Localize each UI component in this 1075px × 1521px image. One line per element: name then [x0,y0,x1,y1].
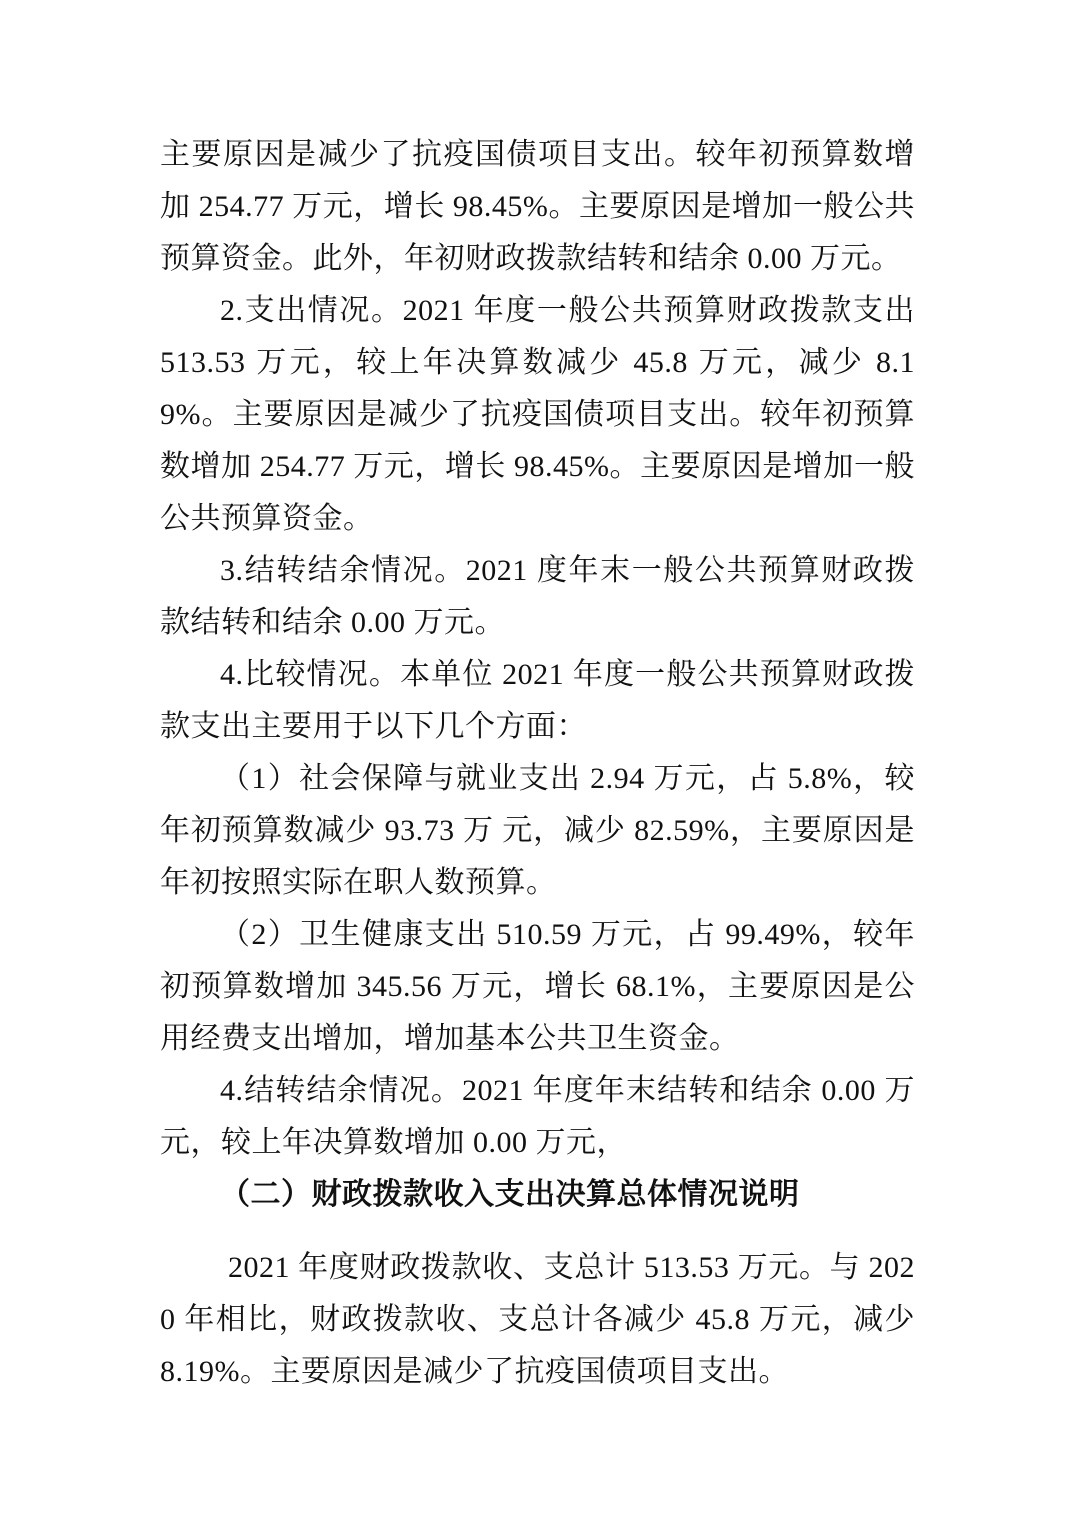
paragraph-carryover: 3.结转结余情况。2021 度年末一般公共预算财政拨款结转和结余 0.00 万元… [160,545,915,649]
paragraph-expenditure: 2.支出情况。2021 年度一般公共预算财政拨款支出 513.53 万元，较上年… [160,285,915,545]
paragraph-total-summary: 2021 年度财政拨款收、支总计 513.53 万元。与 2020 年相比，财政… [160,1242,915,1398]
section-heading: （二）财政拨款收入支出决算总体情况说明 [160,1169,915,1221]
paragraph-comparison-intro: 4.比较情况。本单位 2021 年度一般公共预算财政拨款支出主要用于以下几个方面… [160,649,915,753]
paragraph-item-1-social-security: （1）社会保障与就业支出 2.94 万元，占 5.8%，较年初预算数减少 93.… [160,753,915,909]
document-page: 主要原因是减少了抗疫国债项目支出。较年初预算数增加 254.77 万元，增长 9… [0,0,1075,1521]
paragraph-continuation: 主要原因是减少了抗疫国债项目支出。较年初预算数增加 254.77 万元，增长 9… [160,129,915,285]
paragraph-item-2-health: （2）卫生健康支出 510.59 万元，占 99.49%，较年初预算数增加 34… [160,909,915,1065]
paragraph-yearend-carryover: 4.结转结余情况。2021 年度年末结转和结余 0.00 万元，较上年决算数增加… [160,1065,915,1169]
